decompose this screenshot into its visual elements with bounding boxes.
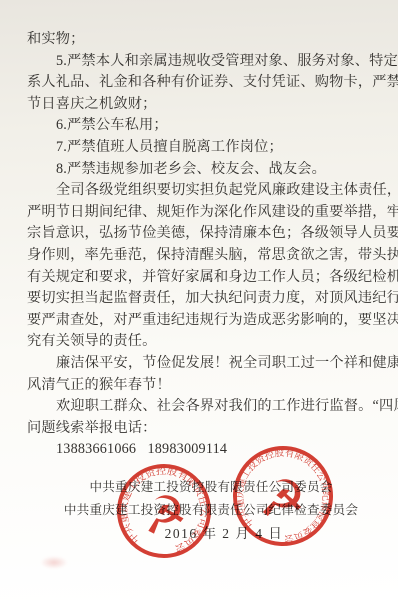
body-line: 问题线索举报电话： bbox=[27, 418, 374, 440]
body-line: 要严肃查处，对严重违纪违规行为造成恶劣影响的，要坚决追 bbox=[27, 310, 374, 332]
document-date: 2016 年 2 月 4 日 bbox=[24, 522, 398, 545]
committee-signature-1: 中共重庆建工投资控股有限责任公司委员会 bbox=[24, 476, 398, 499]
body-line: 全司各级党组织要切实担负起党风廉政建设主体责任，把 bbox=[27, 180, 374, 202]
scanned-document-page: 和实物； 5.严禁本人和亲属违规收受管理对象、服务对象、特定关 系人礼品、礼金和… bbox=[0, 0, 398, 600]
body-line: 节日喜庆之机敛财； bbox=[27, 94, 374, 116]
body-line: 身作则，率先垂范，保持清醒头脑，常思贪欲之害，带头执行 bbox=[27, 245, 374, 267]
body-line: 究有关领导的责任。 bbox=[27, 331, 374, 353]
body-line: 系人礼品、礼金和各种有价证券、支付凭证、购物卡，严禁借 bbox=[27, 72, 374, 94]
body-line: 和实物； bbox=[27, 29, 374, 51]
body-line: 要切实担当起监督责任，加大执纪问责力度，对顶风违纪行为 bbox=[27, 288, 374, 310]
body-line: 6.严禁公车私用； bbox=[27, 115, 374, 137]
body-line: 欢迎职工群众、社会各界对我们的工作进行监督。“四风” bbox=[27, 396, 374, 418]
hotline-numbers: 13883661066 18983009114 bbox=[27, 439, 374, 461]
body-line: 5.严禁本人和亲属违规收受管理对象、服务对象、特定关 bbox=[27, 51, 374, 73]
body-line: 8.严禁违规参加老乡会、校友会、战友会。 bbox=[27, 159, 374, 181]
signature-block: 中共重庆建工投资控股有限责任公司委员会 中共重庆建工投资控股有限责任公司纪律检查… bbox=[24, 476, 398, 545]
committee-signature-2: 中共重庆建工投资控股有限责任公司纪律检查委员会 bbox=[24, 499, 398, 522]
document-body: 和实物； 5.严禁本人和亲属违规收受管理对象、服务对象、特定关 系人礼品、礼金和… bbox=[27, 29, 374, 461]
body-line: 7.严禁值班人员擅自脱离工作岗位； bbox=[27, 137, 374, 159]
body-line: 严明节日期间纪律、规矩作为深化作风建设的重要举措，牢记 bbox=[27, 202, 374, 224]
body-line: 宗旨意识，弘扬节俭美德，保持清廉本色；各级领导人员要以 bbox=[27, 223, 374, 245]
body-line: 风清气正的猴年春节！ bbox=[27, 375, 374, 397]
body-line: 有关规定和要求，并管好家属和身边工作人员；各级纪检机构 bbox=[27, 267, 374, 289]
body-line: 廉洁保平安，节俭促发展！祝全司职工过一个祥和健康、 bbox=[27, 353, 374, 375]
ink-smudge bbox=[40, 556, 68, 569]
